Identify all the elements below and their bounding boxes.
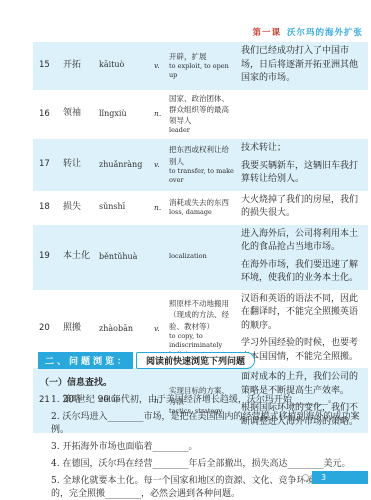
question-item: 2. 沃尔玛进入________市场，是把在美国国内的经营模式移植到海外的成功案… [40,411,363,437]
vocab-part-of-speech: v. [154,60,169,71]
vocab-word: 本土化 [63,250,99,264]
vocab-part-of-speech: n. [154,202,169,213]
vocab-row: 16 领袖 lǐngxiù n. 国家、政治团体、群众组织等的最高领导人 lea… [33,90,368,140]
definition-english: leader [169,126,236,135]
lesson-title: 沃尔玛的海外扩张 [287,28,363,38]
vocab-pinyin: sǔnshī [99,201,154,213]
vocab-examples: 进入海外后，公司将利用本土化的食品抢占当地市场。在海外市场，我们要迅速了解环境，… [241,228,368,286]
vocab-number: 16 [33,108,63,121]
question-item: 4. 在德国，沃尔玛在经营________年后全部撤出，损失高达________… [40,458,363,471]
vocab-row: 17 转让 zhuǎnràng v. 把东西或权利让给别人 to transfe… [33,139,368,191]
definition-chinese: 开辟，扩展 [169,51,236,62]
footer-page-badge: 3 [302,471,368,484]
vocab-word: 开拓 [63,59,99,73]
vocab-word: 损失 [63,201,99,215]
vocab-number: 18 [33,201,63,214]
questions-list: 1. 20 世纪 90 年代初，由于美国经济增长趋缓，沃尔玛开始________… [40,394,363,500]
definition-chinese: 国家、政治团体、群众组织等的最高领导人 [169,93,236,127]
textbook-page: 第一课沃尔玛的海外扩张 15 开拓 kāituò v. 开辟，扩展 to exp… [0,0,371,500]
example-sentence: 学习外国经验的时候，也要考虑本国国情，不能完全照搬。 [241,337,362,364]
example-sentence: 我要买辆新车，这辆旧车我打算转让给别人。 [241,160,362,187]
vocab-part-of-speech: v. [154,159,169,170]
vocab-examples: 汉语和英语的语法不同，因此在翻译时，不能完全照搬英语的顺序。学习外国经验的时候，… [241,293,368,365]
vocab-definition: 开辟，扩展 to exploit, to open up [169,51,241,80]
questions-subtitle: （一）信息查找。 [40,377,363,390]
vocab-part-of-speech: n. [154,108,169,119]
vocab-examples: 技术转让；我要买辆新车，这辆旧车我打算转让给别人。 [241,142,368,187]
definition-chinese: 把东西或权利让给别人 [169,144,236,167]
definition-chinese: 照原样不动地搬用（现成的方法、经验、教材等） [169,298,236,332]
vocab-part-of-speech: v. [154,323,169,334]
example-sentence: 进入海外后，公司将利用本土化的食品抢占当地市场。 [241,228,362,255]
vocab-number: 15 [33,59,63,72]
vocab-row: 19 本土化 běntǔhuà localization 进入海外后，公司将利用… [33,225,368,290]
vocab-examples: 我们已经成功打入了中国市场，日后将逐渐开拓亚洲其他国家的市场。 [241,45,368,86]
vocab-examples: 大火烧掉了我们的房屋，我们的损失很大。 [241,194,368,221]
example-sentence: 我们已经成功打入了中国市场，日后将逐渐开拓亚洲其他国家的市场。 [241,45,362,86]
page-header: 第一课沃尔玛的海外扩张 [252,26,363,38]
definition-english: to transfer, to make over [169,167,236,185]
question-item: 1. 20 世纪 90 年代初，由于美国经济增长趋缓，沃尔玛开始________… [40,394,363,407]
example-sentence: 技术转让； [241,142,362,156]
vocab-definition: localization [169,252,241,261]
vocab-pinyin: zhàobān [99,323,154,335]
example-sentence: 汉语和英语的语法不同，因此在翻译时，不能完全照搬英语的顺序。 [241,293,362,334]
vocab-definition: 把东西或权利让给别人 to transfer, to make over [169,144,241,185]
vocab-pinyin: kāituò [99,59,154,71]
question-item: 3. 开拓海外市场也面临着________。 [40,441,363,454]
lesson-number: 第一课 [252,28,281,38]
definition-english: localization [169,252,236,261]
vocab-definition: 国家、政治团体、群众组织等的最高领导人 leader [169,93,241,136]
vocab-number: 19 [33,250,63,263]
vocab-definition: 照原样不动地搬用（现成的方法、经验、教材等） to copy, to indis… [169,298,241,359]
section-2-label: 二、问题浏览： [38,352,133,369]
vocab-pinyin: běntǔhuà [99,251,154,263]
example-sentence: 大火烧掉了我们的房屋，我们的损失很大。 [241,194,362,221]
vocab-word: 转让 [63,158,99,172]
section-2-banner: 二、问题浏览： 阅读前快速浏览下列问题 [38,352,255,369]
vocab-table: 15 开拓 kāituò v. 开辟，扩展 to exploit, to ope… [33,42,368,433]
example-sentence: 在海外市场，我们要迅速了解环境，使我们的业务本土化。 [241,259,362,286]
vocab-pinyin: zhuǎnràng [99,159,154,171]
vocab-number: 20 [33,322,63,335]
vocab-word: 领袖 [63,107,99,121]
definition-english: loss, damage [169,208,236,217]
vocab-pinyin: lǐngxiù [99,108,154,120]
vocab-definition: 消耗或失去的东西 loss, damage [169,197,241,217]
definition-chinese: 消耗或失去的东西 [169,197,236,208]
vocab-word: 照搬 [63,322,99,336]
definition-english: to exploit, to open up [169,62,236,80]
page-number: 3 [312,471,368,484]
vocab-row: 15 开拓 kāituò v. 开辟，扩展 to exploit, to ope… [33,42,368,90]
footer-circle-icon [302,474,309,481]
vocab-row: 18 损失 sǔnshī n. 消耗或失去的东西 loss, damage 大火… [33,191,368,225]
section-2-instruction-box: 阅读前快速浏览下列问题 [136,352,255,369]
vocab-number: 17 [33,158,63,171]
